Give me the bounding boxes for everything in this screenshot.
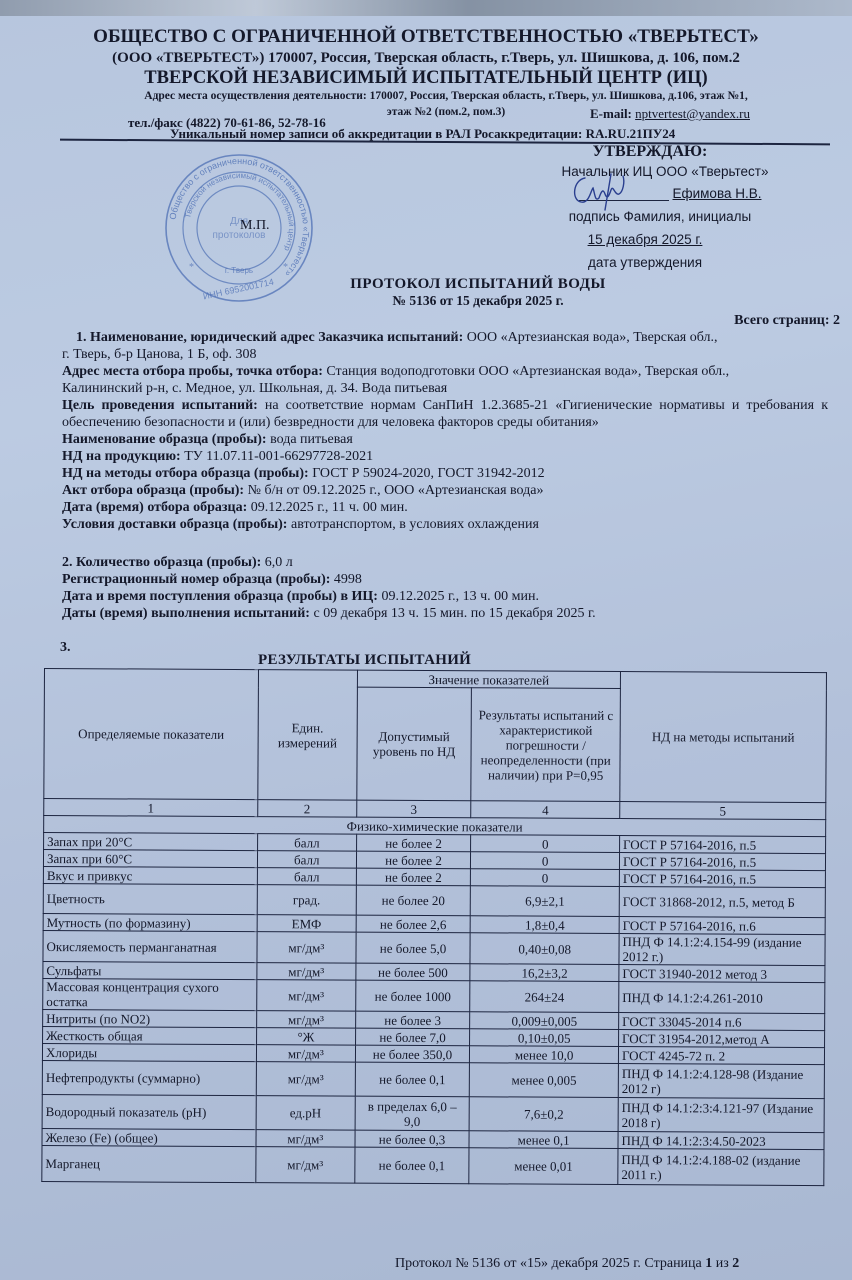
indicator-cell: Сульфаты	[43, 961, 257, 979]
sampling-place-line: Адрес места отбора пробы, точка отбора: …	[62, 363, 832, 380]
unit-cell: °Ж	[256, 1028, 355, 1046]
allowed-cell: не более 7,0	[355, 1028, 470, 1046]
allowed-cell: не более 350,0	[355, 1045, 470, 1063]
unit-cell: мг/дм³	[256, 1045, 355, 1063]
sampling-methods-line: НД на методы отбора образца (пробы): ГОС…	[62, 465, 832, 482]
table-row: Цветностьград.не более 206,9±2,1ГОСТ 318…	[43, 883, 825, 917]
indicator-cell: Мутность (по формазину)	[43, 913, 257, 931]
unit-cell: ед.рН	[256, 1096, 355, 1131]
stamp-place-label: М.П.	[240, 218, 270, 234]
test-dates-line: Даты (время) выполнения испытаний: с 09 …	[62, 605, 832, 622]
results-rows: Запах при 20°Сбаллне более 20ГОСТ Р 5716…	[42, 833, 826, 1186]
method-cell: ГОСТ 31954-2012,метод А	[619, 1030, 825, 1048]
column-number-cell: 2	[258, 800, 357, 818]
approver-name: Ефимова Н.В.	[673, 186, 762, 201]
col-indicator-header: Определяемые показатели	[44, 669, 259, 800]
unit-cell: балл	[257, 868, 356, 886]
email-label: E-mail:	[590, 106, 632, 121]
method-cell: ПНД Ф 14.1:2:3:4.50-2023	[618, 1132, 824, 1150]
method-cell: ГОСТ Р 57164-2016, п.6	[619, 917, 825, 935]
allowed-cell: не более 500	[356, 963, 471, 981]
column-number-cell: 4	[471, 801, 620, 819]
indicator-cell: Нитриты (по NO2)	[43, 1009, 257, 1027]
indicator-cell: Вкус и привкус	[43, 866, 257, 884]
allowed-cell: в пределах 6,0 – 9,0	[355, 1096, 470, 1131]
delivery-line: Условия доставки образца (пробы): автотр…	[62, 516, 832, 533]
method-cell: ГОСТ Р 57164-2016, п.5	[619, 853, 825, 871]
test-center-name: ТВЕРСКОЙ НЕЗАВИСИМЫЙ ИСПЫТАТЕЛЬНЫЙ ЦЕНТР…	[0, 68, 852, 89]
allowed-cell: не более 20	[356, 885, 471, 916]
org-legal-address: (ООО «ТВЕРЬТЕСТ») 170007, Россия, Тверск…	[0, 50, 852, 67]
unit-cell: ЕМФ	[257, 915, 356, 933]
total-pages: Всего страниц: 2	[734, 313, 840, 329]
column-number-cell: 1	[44, 799, 258, 817]
method-cell: ГОСТ Р 57164-2016, п.5	[620, 836, 826, 854]
unit-cell: мг/дм³	[257, 980, 356, 1012]
product-nd-line: НД на продукцию: ТУ 11.07.11-001-6629772…	[62, 448, 832, 465]
allowed-cell: не более 5,0	[356, 932, 471, 964]
received-line: Дата и время поступления образца (пробы)…	[62, 588, 832, 605]
section-1: 1. Наименование, юридический адрес Заказ…	[62, 329, 836, 346]
allowed-cell: не более 2	[356, 834, 471, 852]
result-cell: менее 0,005	[470, 1063, 619, 1098]
result-cell: 264±24	[470, 981, 619, 1013]
indicator-cell: Нефтепродукты (суммарно)	[42, 1060, 256, 1095]
sampling-act-line: Акт отбора образца (пробы): № б/н от 09.…	[62, 482, 832, 499]
purpose-line: Цель проведения испытаний: на соответств…	[62, 397, 828, 431]
result-cell: менее 0,1	[469, 1131, 618, 1149]
col-allowed-header: Допустимый уровень по НД	[356, 687, 471, 801]
sampling-date-line: Дата (время) отбора образца: 09.12.2025 …	[62, 499, 832, 516]
table-row: Марганецмг/дм³не более 0,1менее 0,01ПНД …	[42, 1145, 824, 1185]
section-3-number: 3.	[60, 640, 71, 656]
result-cell: 16,2±3,2	[470, 964, 619, 982]
indicator-cell: Окисляемость перманганатная	[43, 930, 257, 962]
indicator-cell: Цветность	[43, 883, 257, 914]
result-cell: 0,40±0,08	[470, 933, 619, 965]
signature-icon	[565, 168, 635, 213]
unit-cell: град.	[257, 885, 356, 916]
indicator-cell: Запах при 60°С	[43, 850, 257, 868]
method-cell: ПНД Ф 14.1:2:3:4.121-97 (Издание 2018 г)	[618, 1098, 824, 1133]
allowed-cell: не более 2	[356, 868, 471, 886]
allowed-cell: не более 1000	[355, 980, 470, 1012]
result-cell: 1,8±0,4	[470, 916, 619, 934]
result-cell: менее 10,0	[470, 1046, 619, 1064]
results-table: Определяемые показатели Един. измерений …	[41, 668, 827, 1186]
unit-cell: мг/дм³	[257, 963, 356, 981]
column-number-cell: 3	[356, 800, 471, 818]
results-title: РЕЗУЛЬТАТЫ ИСПЫТАНИЙ	[258, 652, 471, 669]
result-cell: 7,6±0,2	[469, 1097, 618, 1132]
approval-date: 15 декабря 2025 г.	[560, 232, 730, 247]
method-cell: ГОСТ 4245-72 п. 2	[618, 1047, 824, 1065]
indicator-cell: Марганец	[42, 1145, 256, 1182]
method-cell: ГОСТ 31868-2012, п.5, метод Б	[619, 887, 825, 918]
protocol-title: ПРОТОКОЛ ИСПЫТАНИЙ ВОДЫ	[52, 276, 852, 293]
method-cell: ПНД Ф 14.1:2:4.188-02 (издание 2011 г.)	[618, 1149, 824, 1186]
table-row: Водородный показатель (рН)ед.рНв предела…	[42, 1094, 824, 1132]
unit-cell: балл	[258, 834, 357, 852]
method-cell: ГОСТ 31940-2012 метод 3	[619, 965, 825, 983]
photo-edge-shadow	[0, 0, 852, 16]
email-block: E-mail: nptvertest@yandex.ru	[590, 106, 750, 122]
indicator-cell: Жесткость общая	[43, 1026, 257, 1044]
section-2: 2. Количество образца (пробы): 6,0 л Рег…	[62, 554, 832, 622]
allowed-cell: не более 2	[356, 851, 471, 869]
approval-title: УТВЕРЖДАЮ:	[590, 143, 710, 161]
page-footer: Протокол № 5136 от «15» декабря 2025 г. …	[395, 1256, 739, 1272]
unit-cell: мг/дм³	[256, 1130, 355, 1148]
sampling-place-address: Калининский р-н, с. Медное, ул. Школьная…	[62, 380, 832, 397]
result-cell: 0	[471, 869, 620, 887]
customer-line: 1. Наименование, юридический адрес Заказ…	[76, 329, 836, 346]
indicator-cell: Хлориды	[42, 1043, 256, 1061]
customer-address: г. Тверь, б-р Цанова, 1 Б, оф. 308	[62, 346, 832, 363]
table-row: Массовая концентрация сухого остаткамг/д…	[43, 978, 825, 1013]
col-unit-header: Един. измерений	[258, 670, 357, 801]
allowed-cell: не более 0,1	[354, 1147, 469, 1184]
result-cell: 6,9±2,1	[471, 886, 620, 917]
method-cell: ПНД Ф 14.1:2:4.261-2010	[619, 982, 825, 1014]
indicator-cell: Водородный показатель (рН)	[42, 1094, 256, 1129]
result-cell: 0	[471, 835, 620, 853]
protocol-number: № 5136 от 15 декабря 2025 г.	[52, 293, 852, 309]
unit-cell: балл	[257, 851, 356, 869]
col-values-group-header: Значение показателей	[357, 670, 620, 688]
result-cell: 0,10±0,05	[470, 1029, 619, 1047]
quantity-line: 2. Количество образца (пробы): 6,0 л	[62, 554, 832, 571]
col-method-header: НД на методы испытаний	[620, 672, 827, 803]
svg-text:*: *	[189, 262, 194, 273]
unit-cell: мг/дм³	[257, 1011, 356, 1029]
col-result-header: Результаты испытаний с характеристикой п…	[471, 688, 620, 802]
allowed-cell: не более 2,6	[356, 915, 471, 933]
indicator-cell: Запах при 20°С	[44, 833, 258, 851]
reg-number-line: Регистрационный номер образца (пробы): 4…	[62, 571, 832, 588]
unit-cell: мг/дм³	[256, 1062, 355, 1097]
result-cell: 0	[471, 852, 620, 870]
org-name: ОБЩЕСТВО С ОГРАНИЧЕННОЙ ОТВЕТСТВЕННОСТЬЮ…	[0, 26, 852, 48]
result-cell: менее 0,01	[469, 1148, 618, 1185]
unit-cell: мг/дм³	[257, 932, 356, 964]
method-cell: ГОСТ 33045-2014 п.6	[619, 1013, 825, 1031]
indicator-cell: Железо (Fe) (общее)	[42, 1128, 256, 1146]
allowed-cell: не более 0,3	[355, 1130, 470, 1148]
section-1-body: г. Тверь, б-р Цанова, 1 Б, оф. 308 Адрес…	[62, 346, 832, 533]
allowed-cell: не более 3	[355, 1011, 470, 1029]
svg-text:г. Тверь: г. Тверь	[225, 266, 253, 275]
allowed-cell: не более 0,1	[355, 1062, 470, 1097]
svg-text:*: *	[283, 262, 288, 273]
email-link[interactable]: nptvertest@yandex.ru	[635, 106, 750, 121]
method-cell: ГОСТ Р 57164-2016, п.5	[619, 870, 825, 888]
signature-caption: подпись Фамилия, инициалы	[540, 209, 780, 224]
table-row: Нефтепродукты (суммарно)мг/дм³не более 0…	[42, 1060, 824, 1098]
column-number-cell: 5	[620, 802, 826, 820]
activity-address-line1: Адрес места осуществления деятельности: …	[20, 90, 852, 102]
approval-date-caption: дата утверждения	[560, 255, 730, 270]
unit-cell: мг/дм³	[256, 1147, 355, 1184]
sample-name-line: Наименование образца (пробы): вода питье…	[62, 431, 832, 448]
indicator-cell: Массовая концентрация сухого остатка	[43, 978, 257, 1010]
method-cell: ПНД Ф 14.1:2:4.154-99 (издание 2012 г.)	[619, 934, 825, 966]
result-cell: 0,009±0,005	[470, 1012, 619, 1030]
method-cell: ПНД Ф 14.1:2:4.128-98 (Издание 2012 г)	[618, 1064, 824, 1099]
table-row: Окисляемость перманганатнаямг/дм³не боле…	[43, 930, 825, 965]
